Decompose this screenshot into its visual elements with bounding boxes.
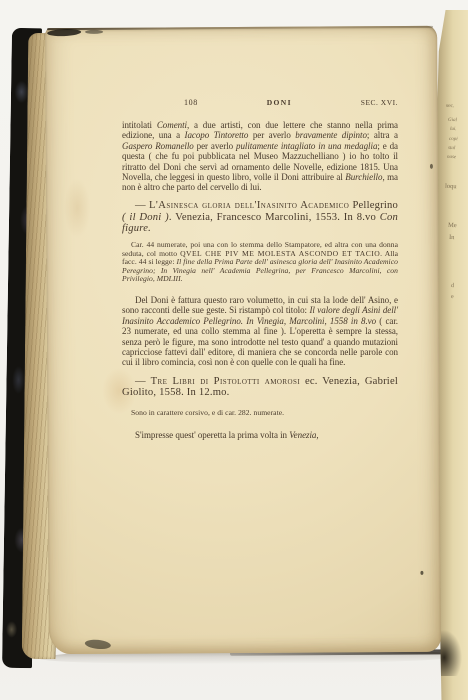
bibliographic-note: Car. 44 numerate, poi una con lo stemma …: [122, 241, 398, 284]
page-number: 108: [184, 98, 198, 107]
facing-page-text-fragment: In: [449, 234, 455, 241]
corner-stain: [84, 639, 111, 651]
page-top-edge: [47, 26, 433, 30]
foxing-stain: [64, 178, 90, 238]
facing-page-text-fragment: sec.: [446, 103, 455, 109]
facing-page-text-fragment: lui.: [450, 127, 457, 132]
facing-page-text-fragment: Gial: [448, 118, 457, 123]
facing-page-text-fragment: copi: [449, 137, 458, 142]
running-title: DONI: [267, 98, 292, 107]
section-label: SEC. XVI.: [361, 98, 398, 107]
body-paragraph: S'impresse quest' operetta la prima volt…: [122, 430, 398, 440]
bibliographic-note: Sono in carattere corsivo, e di car. 282…: [122, 409, 398, 418]
facing-page-text-fragment: Me: [448, 222, 457, 229]
running-header: 108 DONI SEC. XVI.: [122, 98, 398, 107]
page-text-block: 108 DONI SEC. XVI. intitolati Comenti, a…: [122, 98, 398, 440]
entry-heading: — L'Asinesca gloria dell'Inasinito Acade…: [122, 200, 398, 235]
corner-stain: [85, 30, 103, 34]
body-paragraph: intitolati Comenti, a due artisti, con d…: [122, 120, 398, 193]
facing-page-text-fragment: loqu: [445, 183, 457, 190]
facing-page-text-fragment: e: [451, 294, 454, 300]
paper-speck: [430, 164, 433, 169]
book-photograph: sec. Gial lui. copi stal nase loqu Me In…: [0, 0, 468, 700]
body-paragraph: Del Doni è fattura questo raro volumetto…: [122, 295, 398, 368]
entry-heading: — Tre Libri di Pistolotti amorosi ec. Ve…: [122, 376, 398, 399]
facing-page-text-fragment: stal: [448, 146, 455, 151]
facing-page-text-fragment: nase: [447, 155, 456, 160]
paper-speck: [420, 571, 423, 575]
corner-stain: [47, 28, 81, 36]
facing-page-text-fragment: d: [451, 283, 454, 289]
